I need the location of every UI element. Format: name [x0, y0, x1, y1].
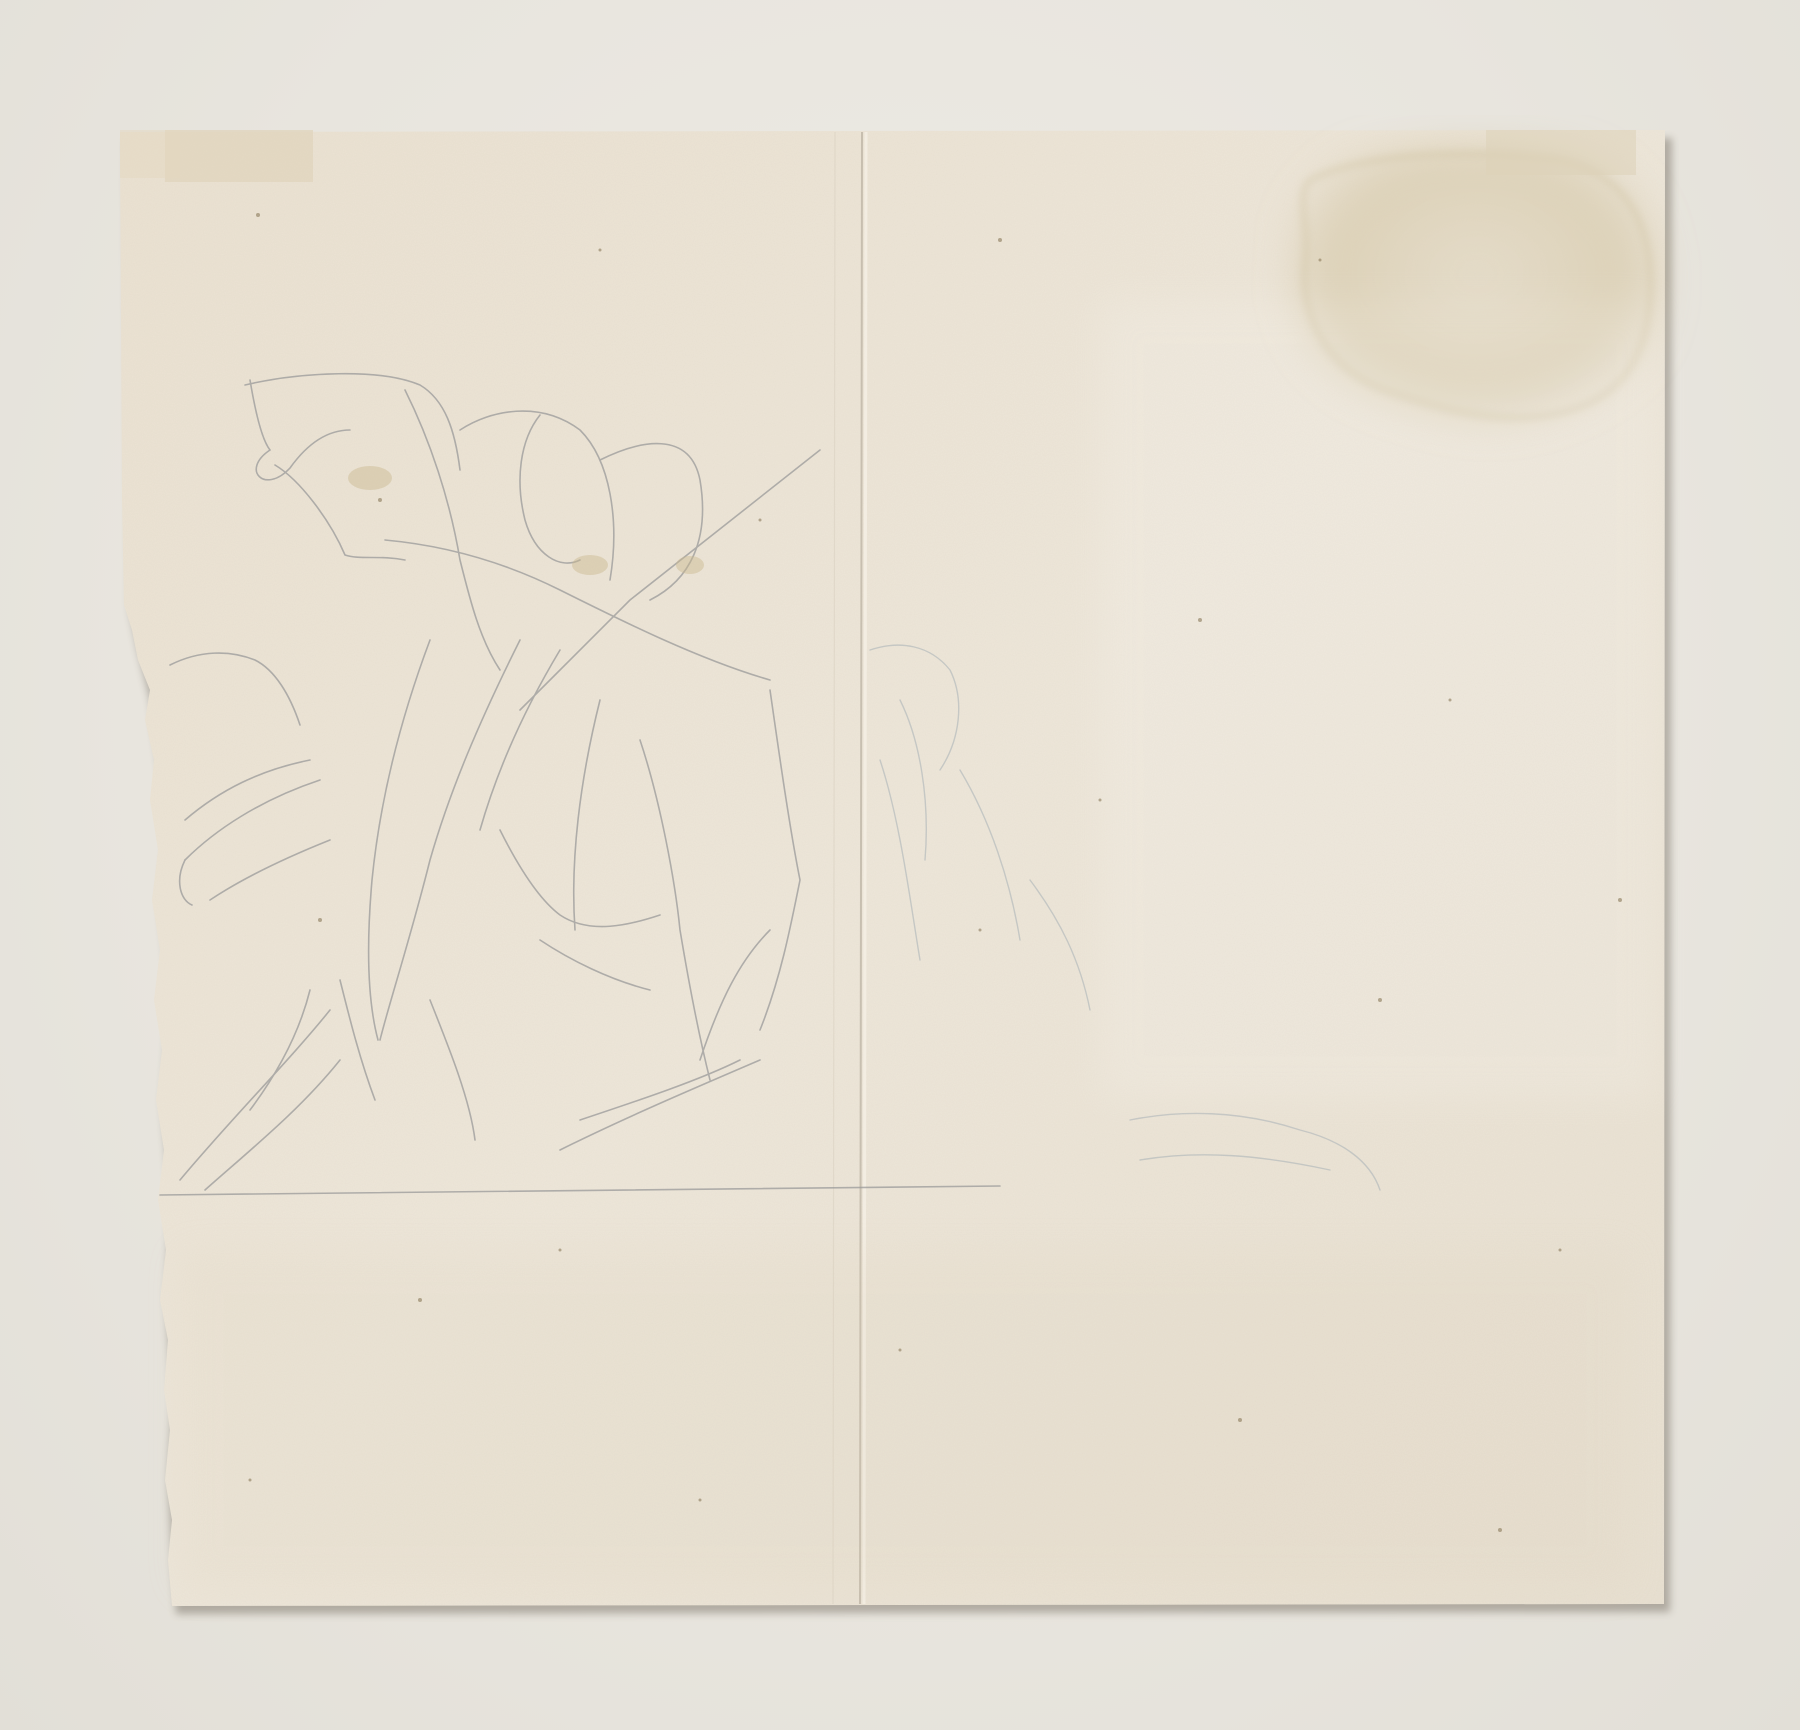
tape-remnant	[165, 130, 313, 182]
paper-sheet	[0, 0, 1800, 1730]
